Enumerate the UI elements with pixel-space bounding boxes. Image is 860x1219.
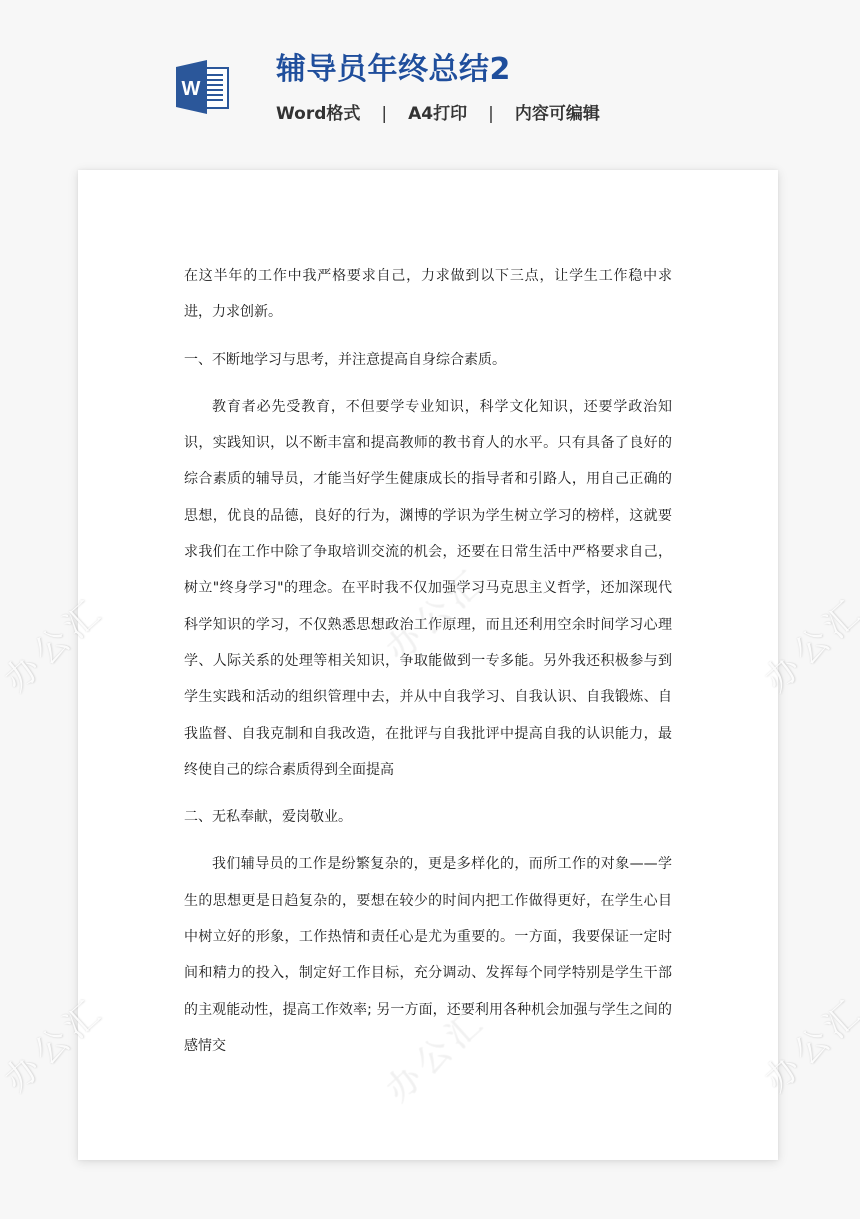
- meta-separator: |: [488, 101, 494, 127]
- document-page: 在这半年的工作中我严格要求自己，力求做到以下三点，让学生工作稳中求进，力求创新。…: [78, 170, 778, 1160]
- body-paragraph: 教育者必先受教育，不但要学专业知识，科学文化知识，还要学政治知识，实践知识，以不…: [184, 389, 672, 788]
- body-paragraph: 我们辅导员的工作是纷繁复杂的，更是多样化的，而所工作的对象——学生的思想更是日趋…: [184, 846, 672, 1064]
- meta-print: A4打印: [408, 101, 467, 127]
- svg-text:W: W: [182, 78, 201, 100]
- meta-format: Word格式: [276, 101, 360, 127]
- intro-paragraph: 在这半年的工作中我严格要求自己，力求做到以下三点，让学生工作稳中求进，力求创新。: [184, 258, 672, 331]
- document-header: W 辅导员年终总结2 Word格式 | A4打印 | 内容可编辑: [0, 0, 860, 170]
- meta-editable: 内容可编辑: [515, 101, 600, 127]
- document-title: 辅导员年终总结2: [276, 50, 511, 90]
- section-heading-1: 一、不断地学习与思考，并注意提高自身综合素质。: [184, 342, 672, 378]
- document-meta: Word格式 | A4打印 | 内容可编辑: [276, 101, 600, 127]
- meta-separator: |: [381, 101, 387, 127]
- word-document-icon: W: [175, 59, 231, 115]
- section-heading-2: 二、无私奉献，爱岗敬业。: [184, 799, 672, 835]
- document-body: 在这半年的工作中我严格要求自己，力求做到以下三点，让学生工作稳中求进，力求创新。…: [184, 258, 672, 1064]
